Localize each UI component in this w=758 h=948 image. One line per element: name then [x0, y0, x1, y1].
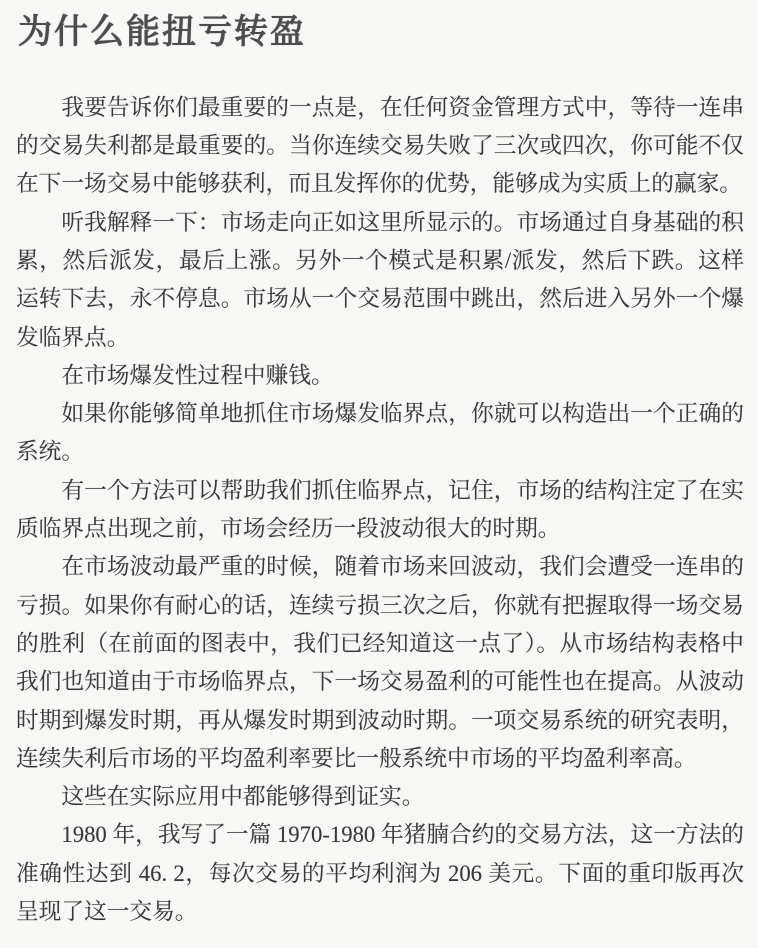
- paragraph-4: 如果你能够简单地抓住市场爆发临界点，你就可以构造出一个正确的系统。: [16, 395, 744, 472]
- paragraph-3: 在市场爆发性过程中赚钱。: [16, 357, 744, 395]
- paragraph-5: 有一个方法可以帮助我们抓住临界点，记住，市场的结构注定了在实质临界点出现之前，市…: [16, 472, 744, 549]
- book-page: 为什么能扭亏转盈 我要告诉你们最重要的一点是，在任何资金管理方式中，等待一连串的…: [0, 0, 758, 948]
- body-text: 我要告诉你们最重要的一点是，在任何资金管理方式中，等待一连串的交易失利都是最重要…: [16, 89, 744, 932]
- paragraph-8: 1980 年，我写了一篇 1970-1980 年猪腩合约的交易方法，这一方法的准…: [16, 816, 744, 931]
- paragraph-2: 听我解释一下：市场走向正如这里所显示的。市场通过自身基础的积累，然后派发，最后上…: [16, 204, 744, 357]
- paragraph-1: 我要告诉你们最重要的一点是，在任何资金管理方式中，等待一连串的交易失利都是最重要…: [16, 89, 744, 204]
- paragraph-6: 在市场波动最严重的时候，随着市场来回波动，我们会遭受一连串的亏损。如果你有耐心的…: [16, 548, 744, 778]
- page-title: 为什么能扭亏转盈: [18, 12, 744, 53]
- paragraph-7: 这些在实际应用中都能够得到证实。: [16, 778, 744, 816]
